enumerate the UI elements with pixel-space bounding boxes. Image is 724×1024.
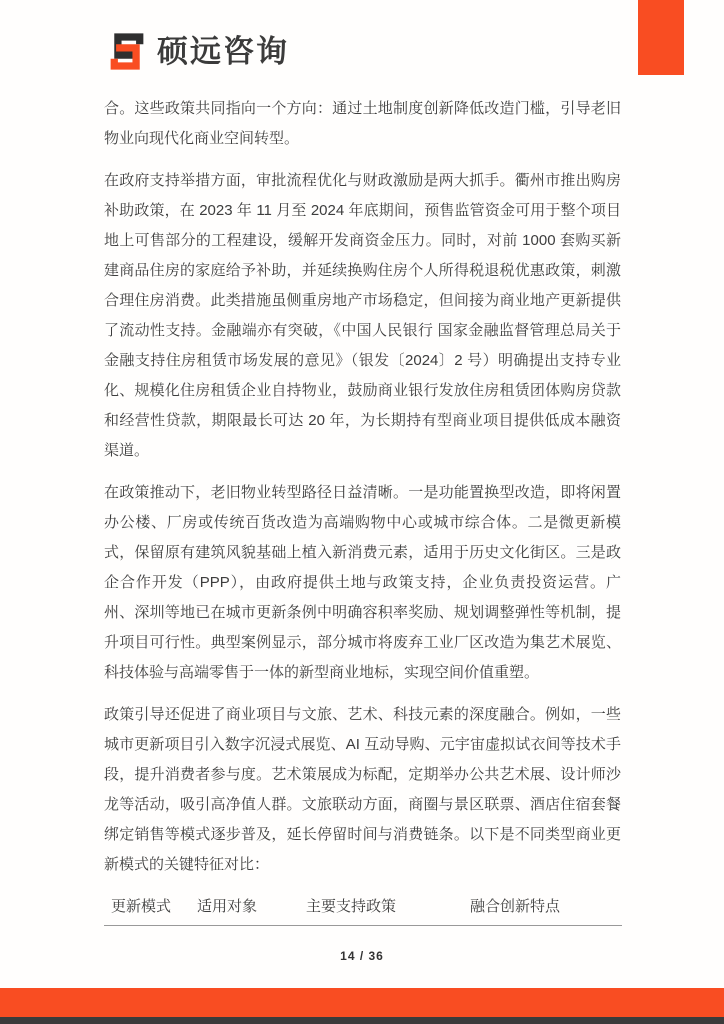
body-paragraph: 在政府支持举措方面，审批流程优化与财政激励是两大抓手。衢州市推出购房补助政策，在…	[104, 166, 621, 466]
footer-orange-band	[0, 988, 724, 1017]
report-page: 硕远咨询 合。这些政策共同指向一个方向：通过土地制度创新降低改造门槛，引导老旧物…	[0, 0, 724, 1024]
table-header-cell: 更新模式	[104, 892, 197, 922]
body-paragraph: 政策引导还促进了商业项目与文旅、艺术、科技元素的深度融合。例如，一些城市更新项目…	[104, 700, 621, 880]
table-divider	[104, 925, 622, 926]
brand-name: 硕远咨询	[157, 30, 289, 73]
header-accent-bar	[638, 0, 684, 75]
body-paragraph: 在政策推动下，老旧物业转型路径日益清晰。一是功能置换型改造，即将闲置办公楼、厂房…	[104, 478, 621, 688]
table-header-row: 更新模式 适用对象 主要支持政策 融合创新特点	[104, 892, 621, 922]
table-header-cell: 主要支持政策	[306, 892, 470, 922]
body-paragraph: 合。这些政策共同指向一个方向：通过土地制度创新降低改造门槛，引导老旧物业向现代化…	[104, 94, 621, 154]
footer-dark-band	[0, 1017, 724, 1024]
page-number: 14 / 36	[0, 949, 724, 963]
brand: 硕远咨询	[107, 30, 289, 73]
table-header-cell: 融合创新特点	[470, 892, 621, 922]
table-header-cell: 适用对象	[197, 892, 306, 922]
document-body: 合。这些政策共同指向一个方向：通过土地制度创新降低改造门槛，引导老旧物业向现代化…	[104, 94, 621, 926]
brand-logo-icon	[107, 30, 147, 73]
